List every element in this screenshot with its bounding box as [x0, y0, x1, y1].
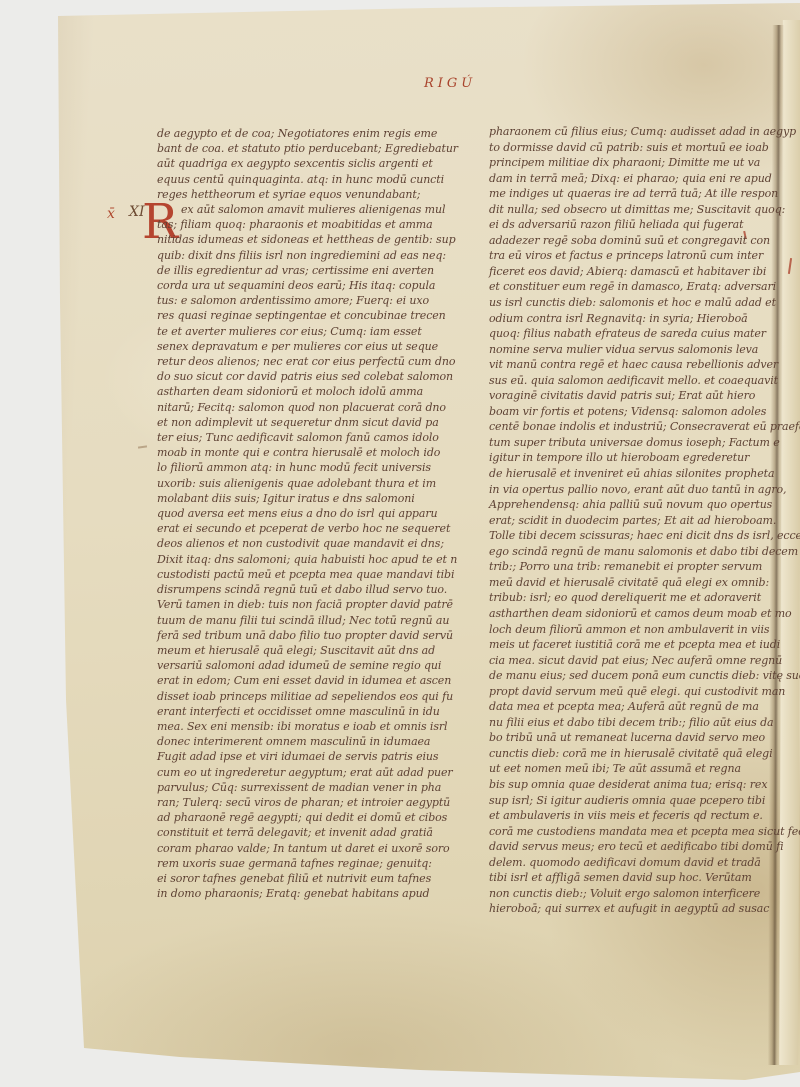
text-line: quoq: filius nabath efrateus de sareda c… — [489, 326, 800, 342]
text-line: disset ioab princeps militiae ad sepelie… — [157, 689, 487, 704]
text-line: nitidas idumeas et sidoneas et hettheas … — [157, 232, 487, 247]
text-line: mea. Sex eni mensib: ibi moratus e ioab … — [157, 719, 487, 734]
text-line: us isrl cunctis dieb: salomonis et hoc e… — [489, 295, 800, 311]
text-line: odium contra isrl Regnavitq: in syria; H… — [489, 311, 800, 327]
text-line: meū david et hierusalē civitatē quā eleg… — [489, 575, 800, 591]
text-line: me indiges ut quaeras ire ad terrā tuā; … — [489, 186, 800, 202]
text-line: cia mea. sicut david pat eius; Nec aufer… — [489, 653, 800, 669]
text-line: in domo pharaonis; Eratq: genebat habita… — [157, 886, 487, 901]
text-line: de illis egredientur ad vras; certissime… — [157, 263, 487, 278]
text-line: vit manū contra regē et haec causa rebel… — [489, 357, 800, 373]
text-line: ut eet nomen meū ibi; Te aūt assumā et r… — [489, 761, 800, 777]
running-title: RIGÚ — [424, 76, 476, 91]
text-line: loch deum filiorū ammon et non ambulaver… — [489, 622, 800, 638]
text-line: cunctis dieb: corā me in hierusalē civit… — [489, 746, 800, 762]
text-line: ter eius; Tunc aedificavit salomon fanū … — [157, 430, 487, 445]
text-line: erat in edom; Cum eni esset david in idu… — [157, 673, 487, 688]
text-line: data mea et pcepta mea; Auferā aūt regnū… — [489, 699, 800, 715]
text-line: res quasi reginae septingentae et concub… — [157, 308, 487, 323]
text-line: lo filiorū ammon atq: in hunc modū fecit… — [157, 460, 487, 475]
text-line: tum super tributa universae domus ioseph… — [489, 435, 800, 451]
text-line: de manu eius; sed ducem ponā eum cunctis… — [489, 668, 800, 684]
text-line: reges hettheorum et syriae equos venunda… — [157, 187, 487, 202]
text-line: hieroboā; qui surrex et aufugit in aegyp… — [489, 901, 800, 917]
text-line: Dixit itaq: dns salomoni; quia habuisti … — [157, 552, 487, 567]
text-line: disrumpens scindā regnū tuū et dabo illu… — [157, 582, 487, 597]
text-line: tibi isrl et affligā semen david sup hoc… — [489, 870, 800, 886]
text-line: Apprehendensq: ahia palliū suū novum quo… — [489, 497, 800, 513]
text-line: moab in monte qui e contra hierusalē et … — [157, 445, 487, 460]
text-line: Verū tamen in dieb: tuis non faciā propt… — [157, 597, 487, 612]
text-line: ran; Tulerq: secū viros de pharan; et in… — [157, 795, 487, 810]
text-line: igitur in tempore illo ut hieroboam egre… — [489, 450, 800, 466]
text-line: ei ds adversariū razon filiū heliada qui… — [489, 217, 800, 233]
text-line: constituit et terrā delegavit; et inveni… — [157, 825, 487, 840]
text-line: equus centū quinquaginta. atq: in hunc m… — [157, 172, 487, 187]
text-line: versariū salomoni adad idumeū de semine … — [157, 658, 487, 673]
text-line: coram pharao valde; In tantum ut daret e… — [157, 841, 487, 856]
text-line: ex aūt salomon amavit mulieres alienigen… — [157, 202, 487, 217]
text-line: parvulus; Cūq: surrexissent de madian ve… — [157, 780, 487, 795]
text-line: quib: dixit dns filiis isrl non ingredie… — [157, 248, 487, 263]
text-line: te et averter mulieres cor eius; Cumq: i… — [157, 324, 487, 339]
text-line: ad pharaonē regē aegypti; qui dedit ei d… — [157, 810, 487, 825]
text-line: meis ut faceret iustitiā corā me et pcep… — [489, 637, 800, 653]
text-line: tra eū viros et factus e princeps latron… — [489, 248, 800, 264]
text-line: sup isrl; Si igitur audieris omnia quae … — [489, 793, 800, 809]
text-line: rem uxoris suae germanā tafnes reginae; … — [157, 856, 487, 871]
text-line: dit nulla; sed obsecro ut dimittas me; S… — [489, 202, 800, 218]
text-line: boam vir fortis et potens; Vidensq: salo… — [489, 404, 800, 420]
text-line: ego scindā regnū de manu salomonis et da… — [489, 544, 800, 560]
text-line: pharaonem cū filius eius; Cumq: audisset… — [489, 124, 800, 140]
text-line: corda ura ut sequamini deos earū; His it… — [157, 278, 487, 293]
text-line: corā me custodiens mandata mea et pcepta… — [489, 824, 800, 840]
text-line: deos alienos et non custodivit quae mand… — [157, 536, 487, 551]
text-line: tus: e salomon ardentissimo amore; Fuerq… — [157, 293, 487, 308]
text-line: et constituer eum regē in damasco, Eratq… — [489, 279, 800, 295]
text-line: centē bonae indolis et industriū; Consec… — [489, 419, 800, 435]
margin-correction-mark — [138, 445, 147, 448]
text-line: in via opertus pallio novo, erant aūt du… — [489, 482, 800, 498]
text-line: david servus meus; ero tecū et aedificab… — [489, 839, 800, 855]
text-line: tas; filiam quoq: pharaonis et moabitida… — [157, 217, 487, 232]
text-line: nitarū; Fecitq: salomon quod non placuer… — [157, 400, 487, 415]
text-line: delem. quomodo aedificavi domum david et… — [489, 855, 800, 871]
text-line: bis sup omnia quae desiderat anima tua; … — [489, 777, 800, 793]
text-line: erant interfecti et occidisset omne masc… — [157, 704, 487, 719]
text-line: bo tribū unā ut remaneat lucerna david s… — [489, 730, 800, 746]
text-line: senex depravatum e per mulieres cor eius… — [157, 339, 487, 354]
text-line: donec interimerent omnem masculinū in id… — [157, 734, 487, 749]
text-line: trib:; Porro una trib: remanebit ei prop… — [489, 559, 800, 575]
text-column-right: pharaonem cū filius eius; Cumq: audisset… — [489, 124, 800, 917]
text-line: et ambulaveris in viis meis et feceris q… — [489, 808, 800, 824]
text-line: retur deos alienos; nec erat cor eius pe… — [157, 354, 487, 369]
text-line: tribub: isrl; eo quod dereliquerit me et… — [489, 590, 800, 606]
text-line: nu filii eius et dabo tibi decem trib:; … — [489, 715, 800, 731]
text-line: aūt quadriga ex aegypto sexcentis siclis… — [157, 156, 487, 171]
text-line: quod aversa eet mens eius a dno do isrl … — [157, 506, 487, 521]
text-line: principem militiae dix pharaoni; Dimitte… — [489, 155, 800, 171]
text-line: et non adimplevit ut sequeretur dnm sicu… — [157, 415, 487, 430]
text-line: meum et hierusalē quā elegi; Suscitavit … — [157, 643, 487, 658]
text-line: propt david servum meū quē elegi. qui cu… — [489, 684, 800, 700]
text-line: adadezer regē soba dominū suū et congreg… — [489, 233, 800, 249]
text-line: sus eū. quia salomon aedificavit mello. … — [489, 373, 800, 389]
text-line: de hierusalē et inveniret eū ahias silon… — [489, 466, 800, 482]
photo-background: RIGÚ x̄ XI R de aegypto et de coa; Negot… — [0, 0, 800, 1087]
text-line: do suo sicut cor david patris eius sed c… — [157, 369, 487, 384]
text-line: voraginē civitatis david patris sui; Era… — [489, 388, 800, 404]
manuscript-leaf: RIGÚ x̄ XI R de aegypto et de coa; Negot… — [0, 0, 800, 1087]
text-line: astharten deam sidoniorū et moloch idolū… — [157, 384, 487, 399]
text-line: custodisti pactū meū et pcepta mea quae … — [157, 567, 487, 582]
chapter-mark-red: x̄ — [107, 206, 115, 222]
text-line: non cunctis dieb:; Voluit ergo salomon i… — [489, 886, 800, 902]
text-line: ei soror tafnes genebat filiū et nutrivi… — [157, 871, 487, 886]
text-line: de aegypto et de coa; Negotiatores enim … — [157, 126, 487, 141]
text-line: molabant diis suis; Igitur iratus e dns … — [157, 491, 487, 506]
text-column-left: de aegypto et de coa; Negotiatores enim … — [157, 126, 487, 901]
text-line: erat ei secundo et pceperat de verbo hoc… — [157, 521, 487, 536]
text-line: ferā sed tribum unā dabo filio tuo propt… — [157, 628, 487, 643]
text-line: erat; scidit in duodecim partes; Et ait … — [489, 513, 800, 529]
text-line: bant de coa. et statuto ptio perducebant… — [157, 141, 487, 156]
text-line: ficeret eos david; Abierq: damascū et ha… — [489, 264, 800, 280]
text-line: tuum de manu filii tui scindā illud; Nec… — [157, 613, 487, 628]
text-line: to dormisse david cū patrib: suis et mor… — [489, 140, 800, 156]
text-line: cum eo ut ingrederetur aegyptum; erat aū… — [157, 765, 487, 780]
text-line: Tolle tibi decem scissuras; haec eni dic… — [489, 528, 800, 544]
text-line: astharthen deam sidoniorū et camos deum … — [489, 606, 800, 622]
text-line: Fugit adad ipse et viri idumaei de servi… — [157, 749, 487, 764]
text-line: nomine serva mulier vidua servus salomon… — [489, 342, 800, 358]
text-line: dam in terrā meā; Dixq: ei pharao; quia … — [489, 171, 800, 187]
text-line: uxorib: suis alienigenis quae adolebant … — [157, 476, 487, 491]
